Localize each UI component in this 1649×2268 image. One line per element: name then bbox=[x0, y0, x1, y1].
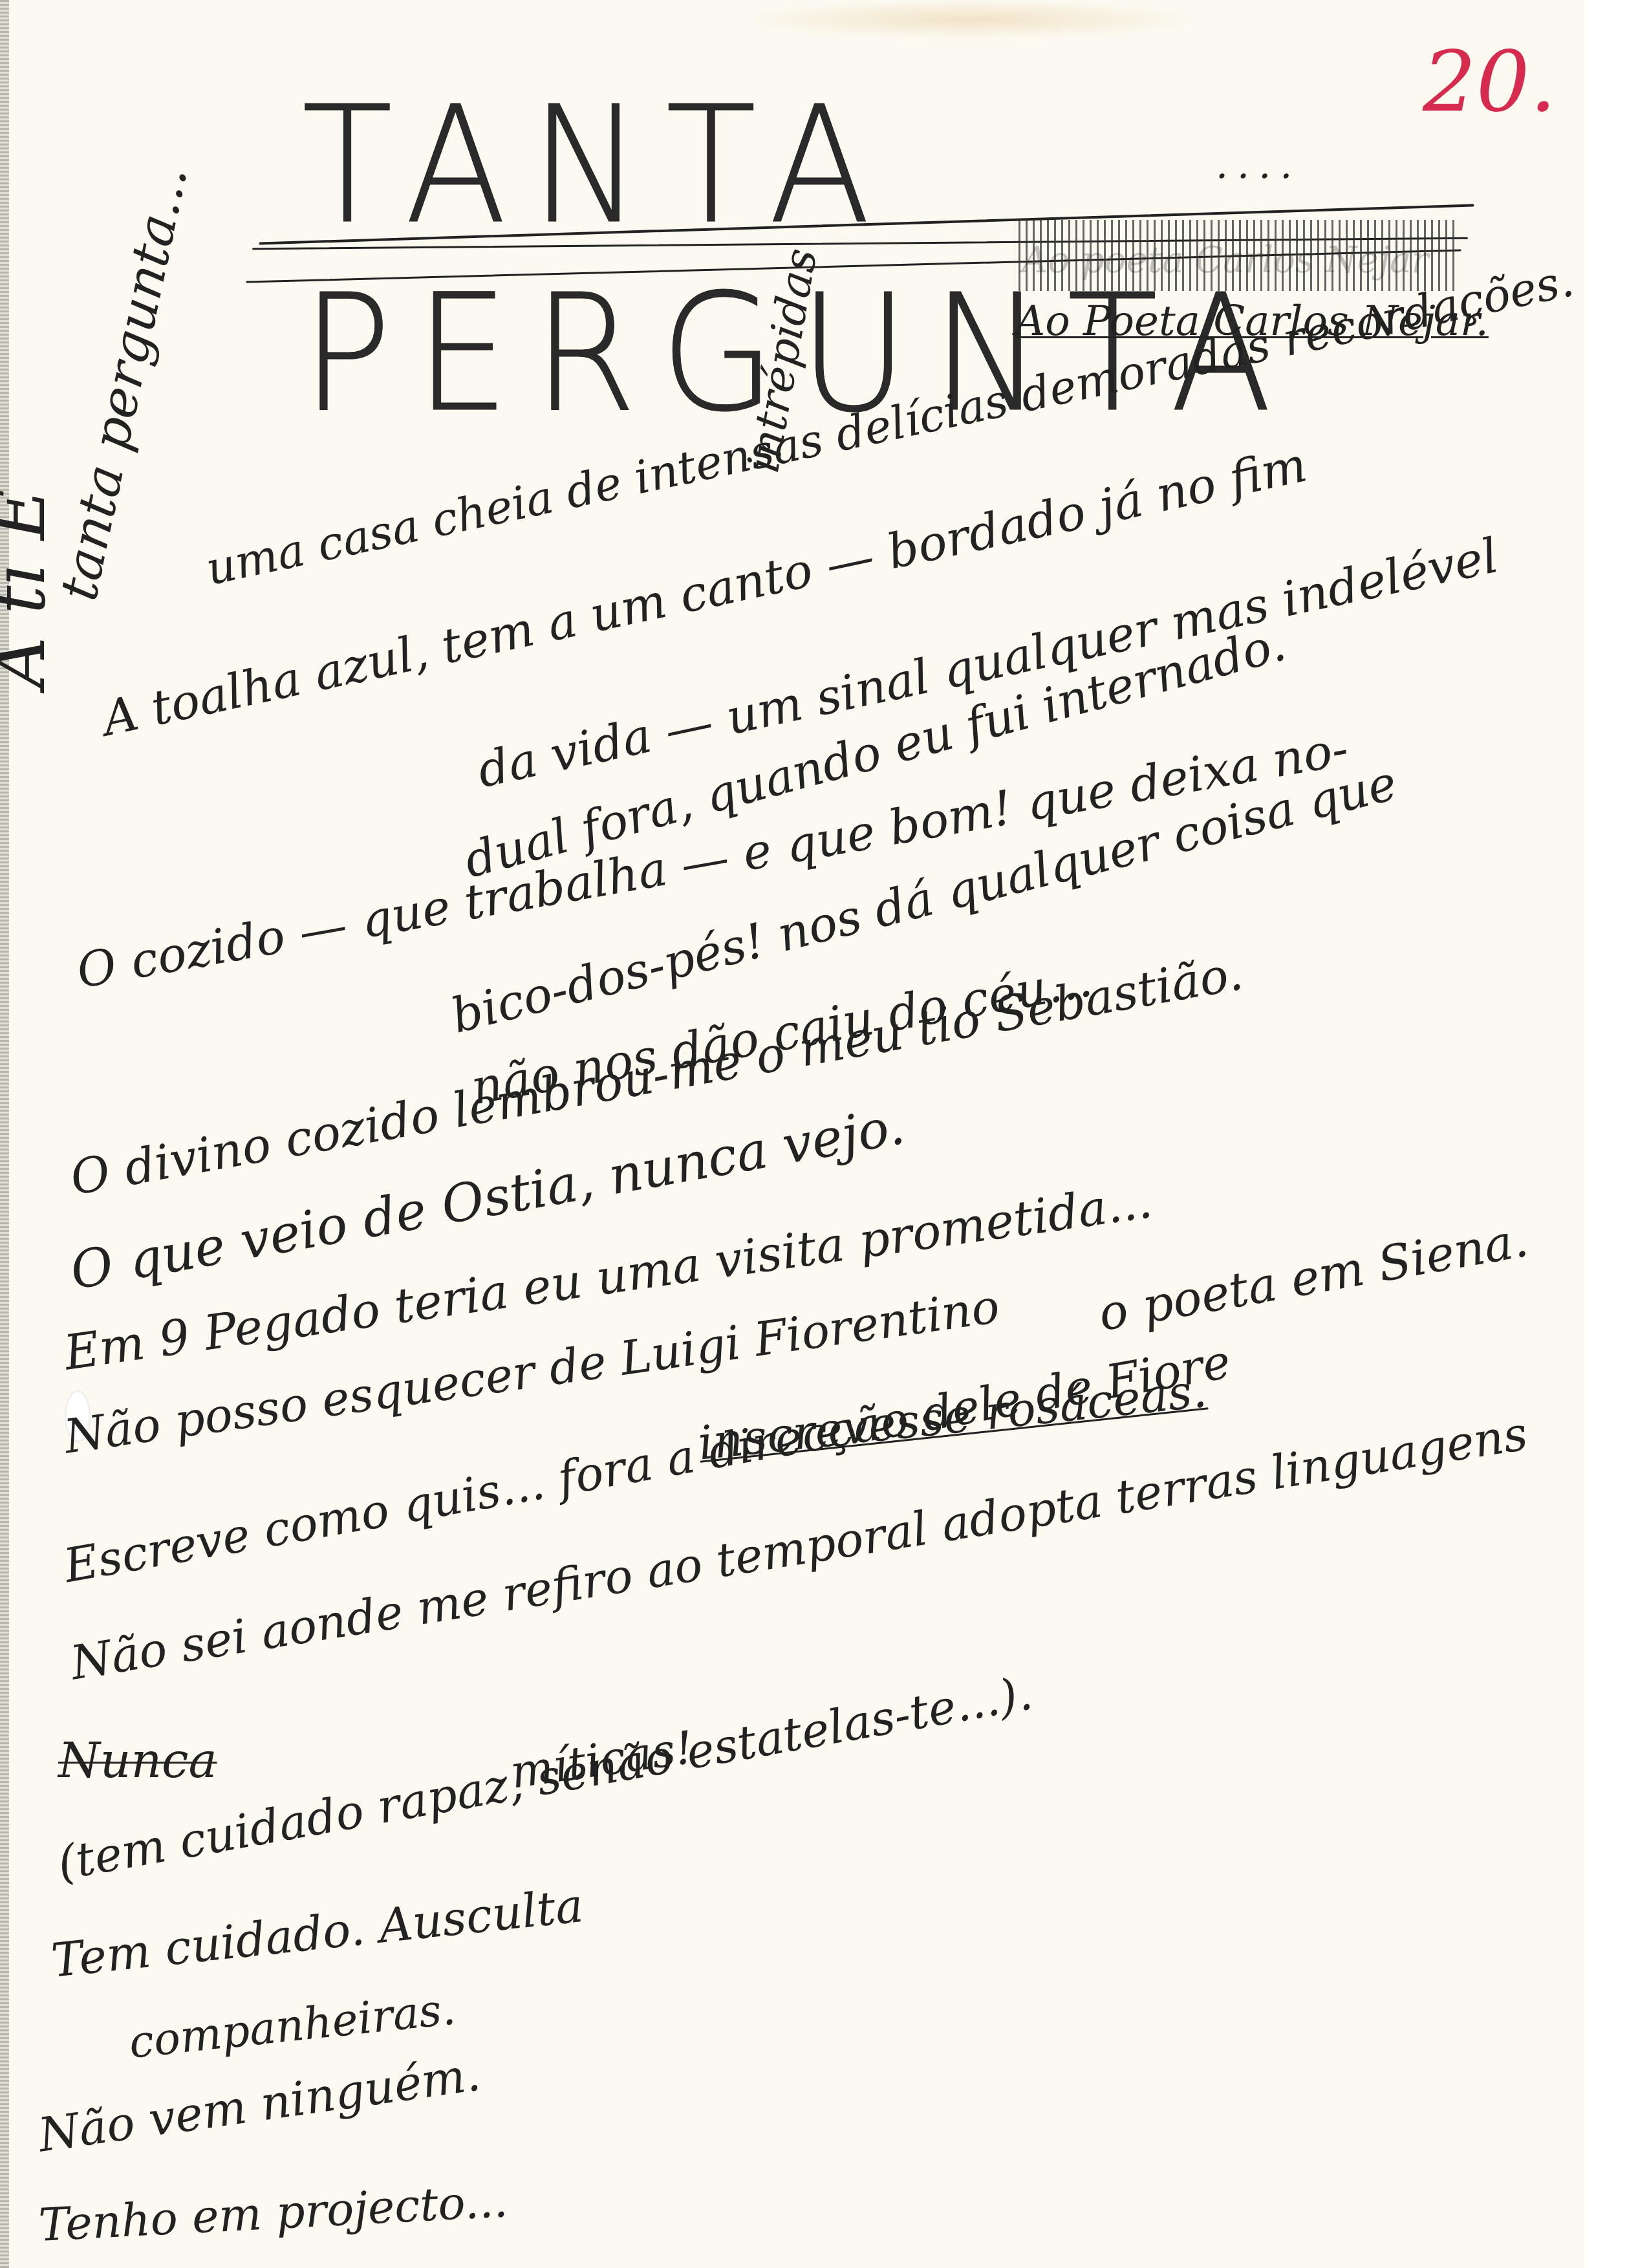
title-ellipsis: .... bbox=[1216, 142, 1301, 188]
manuscript-line: Não vem ninguém. bbox=[35, 2047, 484, 2163]
manuscript-line: Tenho em projecto... bbox=[38, 2174, 509, 2252]
manuscript-line: o poeta em Siena. bbox=[1095, 1212, 1533, 1342]
manuscript-line: Tem cuidado. Ausculta bbox=[49, 1878, 586, 1988]
scanned-page-edge bbox=[0, 0, 9, 2268]
page-number: 20. bbox=[1423, 32, 1557, 131]
struck-dedication: Ao poeta Carlos Nejar bbox=[1022, 239, 1428, 281]
page-margin-right bbox=[1584, 0, 1649, 2268]
margin-vertical-label: tanta pergunta... bbox=[48, 160, 199, 605]
paper-stain bbox=[744, 0, 1196, 39]
manuscript-line-struck: Nunca bbox=[58, 1733, 217, 1789]
